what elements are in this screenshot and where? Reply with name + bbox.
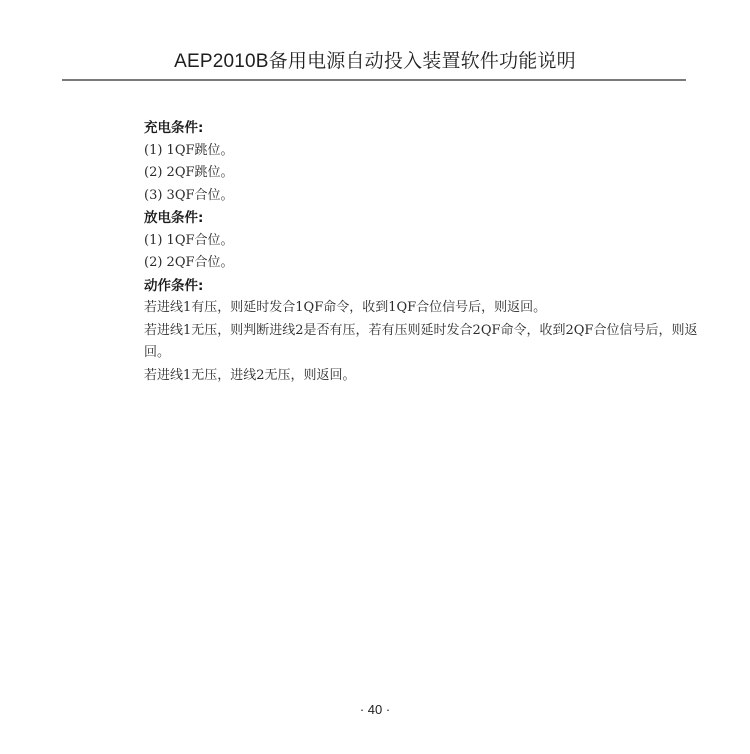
condition-line: (3) 3QF合位。	[144, 185, 704, 208]
section-heading: 充电条件:	[144, 117, 704, 140]
page-number: · 40 ·	[0, 702, 750, 717]
action-paragraph: 若进线1无压，则判断进线2是否有压，若有压则延时发合2QF命令，收到2QF合位信…	[144, 320, 704, 365]
section-heading: 动作条件:	[144, 275, 704, 298]
section-charging-conditions: 充电条件: (1) 1QF跳位。 (2) 2QF跳位。 (3) 3QF合位。	[144, 117, 704, 207]
action-paragraph: 若进线1无压，进线2无压，则返回。	[144, 365, 704, 388]
section-discharging-conditions: 放电条件: (1) 1QF合位。 (2) 2QF合位。	[144, 207, 704, 275]
document-body: 充电条件: (1) 1QF跳位。 (2) 2QF跳位。 (3) 3QF合位。 放…	[144, 117, 704, 387]
condition-line: (2) 2QF跳位。	[144, 162, 704, 185]
condition-line: (1) 1QF跳位。	[144, 140, 704, 163]
condition-line: (1) 1QF合位。	[144, 230, 704, 253]
page-header-title: AEP2010B备用电源自动投入装置软件功能说明	[0, 50, 750, 74]
section-action-conditions: 动作条件: 若进线1有压，则延时发合1QF命令，收到1QF合位信号后，则返回。 …	[144, 275, 704, 388]
action-paragraph: 若进线1有压，则延时发合1QF命令，收到1QF合位信号后，则返回。	[144, 297, 704, 320]
condition-line: (2) 2QF合位。	[144, 252, 704, 275]
section-heading: 放电条件:	[144, 207, 704, 230]
header-divider	[62, 79, 686, 81]
